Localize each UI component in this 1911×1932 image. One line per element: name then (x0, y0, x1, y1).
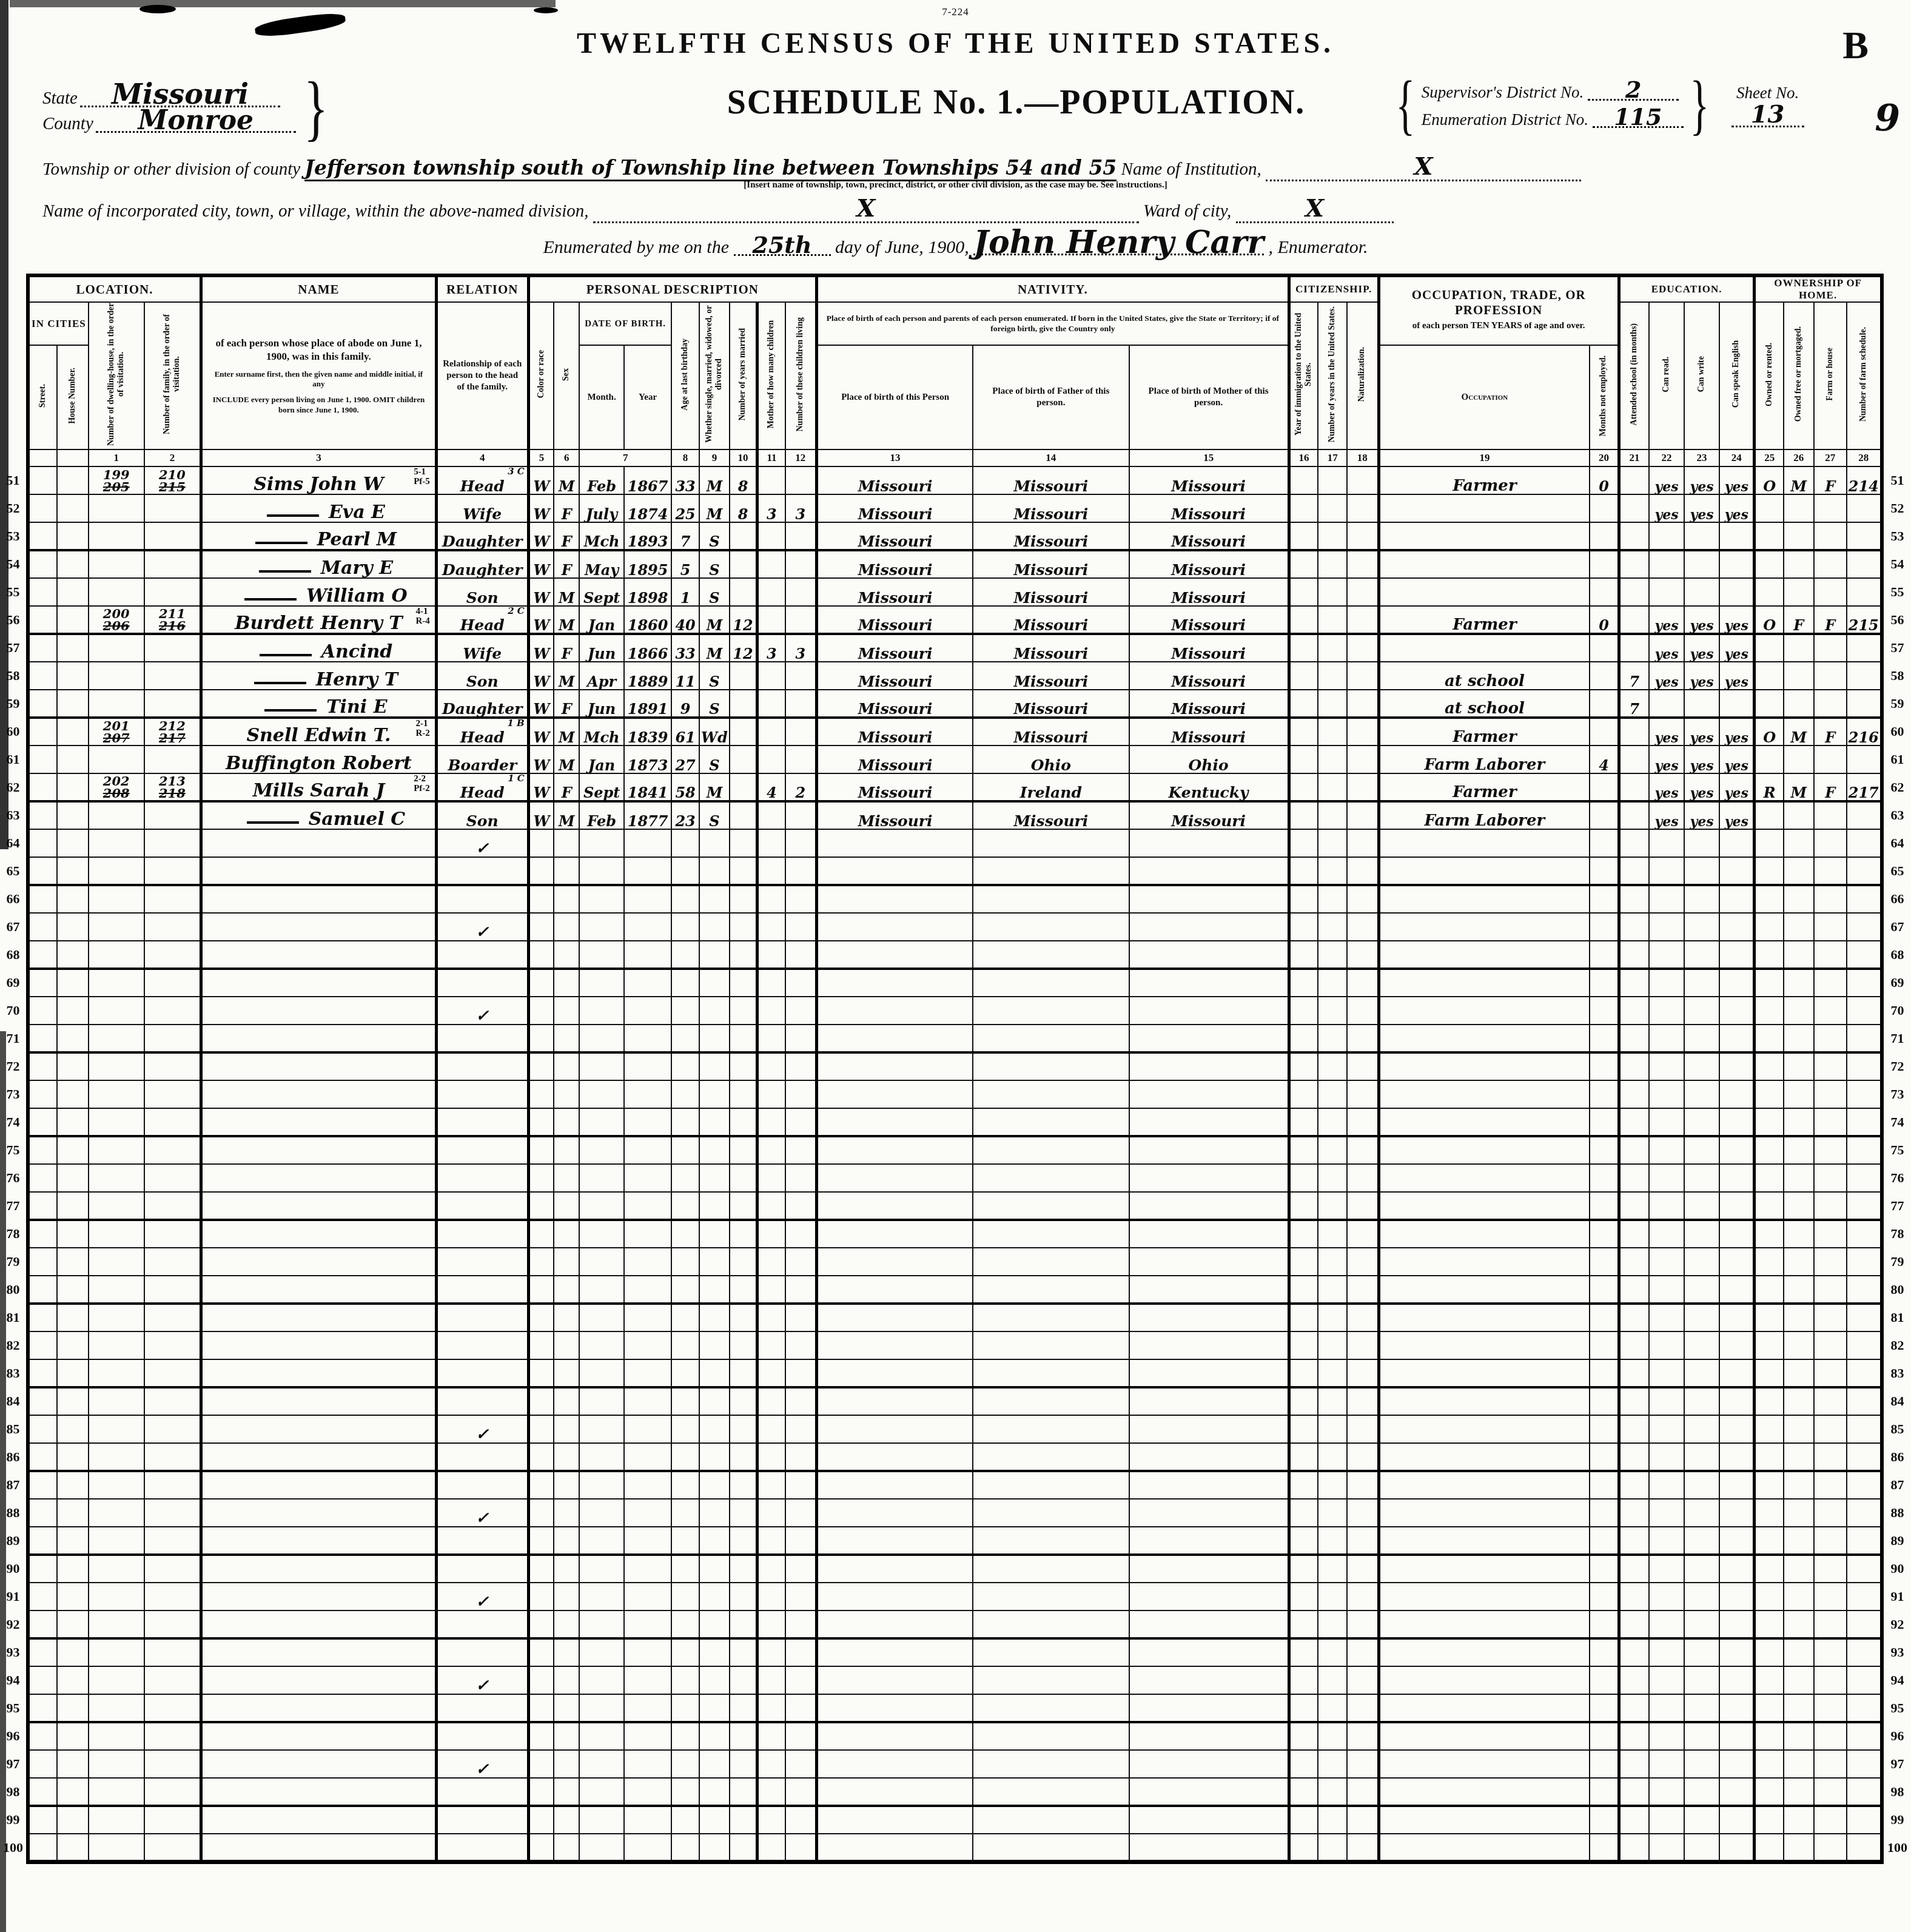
cell-color-race (528, 1331, 554, 1359)
cell-can-write: yes (1684, 746, 1719, 773)
cell-pob-father (973, 1248, 1129, 1276)
cell-years-in-us (1318, 606, 1347, 634)
cell-relation: Boarder (436, 746, 528, 773)
cell-children-living (785, 857, 817, 885)
cell-months-not-employed (1590, 578, 1619, 606)
cell-owned-free-mortgaged (1784, 1778, 1814, 1806)
schedule-row: 9696 (0, 1722, 1911, 1750)
schedule-row: 7777 (0, 1192, 1911, 1220)
cell-owned-free-mortgaged (1784, 1638, 1814, 1666)
schedule-row: 54Mary EDaughterWFMay18955SMissouriMisso… (0, 550, 1911, 578)
cell-age: 33 (671, 466, 699, 494)
cell-birth-year (624, 1387, 671, 1415)
cell-months-not-employed (1590, 1108, 1619, 1136)
cell-can-read (1649, 1666, 1684, 1694)
cell-farm-schedule (1847, 494, 1882, 522)
cell-street (28, 1359, 57, 1387)
cell-farm-or-house (1814, 522, 1847, 550)
cell-mother-of-children (757, 1415, 785, 1443)
cell-months-not-employed (1590, 857, 1619, 885)
cell-age (671, 1331, 699, 1359)
cell-years-in-us (1318, 1750, 1347, 1778)
cell-dwelling-number (89, 662, 144, 690)
cell-months-not-employed (1590, 1052, 1619, 1080)
cell-house-number (57, 1834, 89, 1862)
cell-months-not-employed (1590, 1499, 1619, 1527)
cell-family-number (144, 1359, 201, 1387)
cell-can-read: yes (1649, 606, 1684, 634)
cell-relation (436, 1387, 528, 1415)
cell-sex (554, 1108, 579, 1136)
cell-relation (436, 885, 528, 913)
cell-can-read: yes (1649, 773, 1684, 801)
cell-occupation (1379, 1220, 1590, 1248)
cell-occupation: at school (1379, 690, 1590, 718)
cell-owned-rented (1755, 1331, 1784, 1359)
cell-naturalization (1347, 1750, 1379, 1778)
cell-farm-or-house (1814, 1052, 1847, 1080)
cell-children-living (785, 913, 817, 941)
cell-name (201, 941, 437, 969)
cell-years-in-us (1318, 1471, 1347, 1499)
cell-relation (436, 1025, 528, 1052)
cell-can-write (1684, 1443, 1719, 1471)
cell-speak-english (1719, 1611, 1755, 1638)
cell-years-in-us (1318, 1331, 1347, 1359)
cell-dwelling-number (89, 1471, 144, 1499)
cell-children-living (785, 1387, 817, 1415)
cell-age (671, 1248, 699, 1276)
line-number-right: 99 (1882, 1806, 1911, 1834)
schedule-row: 53Pearl MDaughterWFMch18937SMissouriMiss… (0, 522, 1911, 550)
cell-years-married (730, 690, 757, 718)
cell-farm-schedule (1847, 1806, 1882, 1834)
cell-birth-month (579, 1638, 624, 1666)
cell-dwelling-number (89, 522, 144, 550)
cell-can-read (1649, 1499, 1684, 1527)
schedule-row: 59Tini EDaughterWFJun18919SMissouriMisso… (0, 690, 1911, 718)
cell-months-not-employed (1590, 1638, 1619, 1666)
cell-immigration-year (1289, 662, 1318, 690)
cell-naturalization (1347, 1443, 1379, 1471)
cell-owned-rented (1755, 1722, 1784, 1750)
cell-street (28, 1666, 57, 1694)
cell-pob-father (973, 1052, 1129, 1080)
cell-occupation (1379, 1834, 1590, 1862)
ward-value: X (1305, 194, 1324, 223)
cell-relation (436, 1080, 528, 1108)
cell-children-living (785, 662, 817, 690)
col-header-birth-month: Month. (579, 345, 624, 449)
cell-sex: M (554, 662, 579, 690)
col-header-can-read: Can read. (1649, 302, 1684, 449)
cell-children-living (785, 1136, 817, 1164)
cell-sex (554, 1638, 579, 1666)
line-number-right: 57 (1882, 634, 1911, 662)
cell-sex (554, 1331, 579, 1359)
cell-street (28, 1108, 57, 1136)
cell-months-not-employed (1590, 997, 1619, 1025)
cell-owned-free-mortgaged (1784, 1666, 1814, 1694)
cell-occupation: Farmer (1379, 466, 1590, 494)
cell-owned-rented (1755, 634, 1784, 662)
cell-attended-school (1619, 1304, 1649, 1331)
cell-attended-school (1619, 1415, 1649, 1443)
cell-children-living (785, 1694, 817, 1722)
cell-pob-mother (1129, 941, 1289, 969)
col-header-name-desc: of each person whose place of abode on J… (201, 302, 437, 449)
cell-family-number (144, 1108, 201, 1136)
cell-speak-english: yes (1719, 634, 1755, 662)
cell-relation (436, 1220, 528, 1248)
cell-house-number (57, 1331, 89, 1359)
cell-birth-month (579, 969, 624, 997)
group-occupation: OCCUPATION, TRADE, OR PROFESSION of each… (1379, 275, 1619, 345)
cell-children-living (785, 1499, 817, 1527)
cell-farm-schedule (1847, 913, 1882, 941)
cell-name: Sims John W5-1Pf-5 (201, 466, 437, 494)
col-header-speak-english: Can speak English (1719, 302, 1755, 449)
cell-months-not-employed (1590, 969, 1619, 997)
cell-name (201, 1694, 437, 1722)
cell-children-living (785, 997, 817, 1025)
sheet-number-value: 13 (1731, 104, 1804, 127)
cell-years-married (730, 801, 757, 829)
cell-attended-school (1619, 1583, 1649, 1611)
col-num: 12 (785, 449, 817, 466)
cell-sex: F (554, 690, 579, 718)
cell-birth-month: Mch (579, 522, 624, 550)
cell-immigration-year (1289, 1666, 1318, 1694)
cell-marital-status (699, 1164, 730, 1192)
cell-marital-status (699, 1694, 730, 1722)
cell-owned-rented (1755, 746, 1784, 773)
cell-family-number (144, 1080, 201, 1108)
institution-value: X (1414, 152, 1433, 181)
cell-birth-month: Feb (579, 801, 624, 829)
cell-birth-year (624, 1778, 671, 1806)
cell-birth-month (579, 1611, 624, 1638)
cell-speak-english (1719, 1722, 1755, 1750)
col-header-age: Age at last birthday (671, 302, 699, 449)
cell-can-write: yes (1684, 718, 1719, 746)
schedule-row: 64✓64 (0, 829, 1911, 857)
line-number-right: 62 (1882, 773, 1911, 801)
cell-dwelling-number (89, 1638, 144, 1666)
schedule-row: 9292 (0, 1611, 1911, 1638)
schedule-row: 8989 (0, 1527, 1911, 1555)
cell-age: 58 (671, 773, 699, 801)
cell-pob-father: Missouri (973, 494, 1129, 522)
cell-can-read (1649, 1136, 1684, 1164)
supervisor-district-label: Supervisor's District No. (1422, 83, 1584, 101)
cell-pob-mother (1129, 1527, 1289, 1555)
cell-name (201, 1722, 437, 1750)
cell-years-in-us (1318, 997, 1347, 1025)
cell-speak-english (1719, 1638, 1755, 1666)
cell-birth-month (579, 829, 624, 857)
col-header-sex: Sex (554, 302, 579, 449)
cell-can-read (1649, 1248, 1684, 1276)
cell-months-not-employed (1590, 550, 1619, 578)
cell-farm-schedule (1847, 1164, 1882, 1192)
cell-relation: Wife (436, 494, 528, 522)
cell-farm-schedule (1847, 1555, 1882, 1583)
line-number-right: 54 (1882, 550, 1911, 578)
cell-relation (436, 1778, 528, 1806)
cell-sex (554, 1527, 579, 1555)
cell-name (201, 1331, 437, 1359)
cell-dwelling-number (89, 1304, 144, 1331)
cell-owned-free-mortgaged (1784, 969, 1814, 997)
cell-speak-english (1719, 690, 1755, 718)
cell-pob-mother (1129, 1192, 1289, 1220)
cell-owned-rented (1755, 1276, 1784, 1304)
cell-children-living (785, 1666, 817, 1694)
cell-can-read: yes (1649, 662, 1684, 690)
cell-owned-rented (1755, 1192, 1784, 1220)
cell-immigration-year (1289, 1834, 1318, 1862)
cell-months-not-employed (1590, 1778, 1619, 1806)
cell-owned-free-mortgaged: M (1784, 773, 1814, 801)
brace: } (303, 66, 327, 150)
cell-occupation: at school (1379, 662, 1590, 690)
cell-can-read (1649, 1583, 1684, 1611)
cell-attended-school (1619, 1611, 1649, 1638)
cell-age: 1 (671, 578, 699, 606)
cell-owned-free-mortgaged: M (1784, 466, 1814, 494)
cell-pob-mother (1129, 1136, 1289, 1164)
cell-street (28, 1611, 57, 1638)
cell-name (201, 1192, 437, 1220)
cell-name (201, 1052, 437, 1080)
cell-owned-free-mortgaged (1784, 1192, 1814, 1220)
cell-can-write (1684, 1415, 1719, 1443)
cell-months-not-employed (1590, 801, 1619, 829)
cell-name (201, 829, 437, 857)
cell-months-not-employed (1590, 522, 1619, 550)
cell-can-read (1649, 1443, 1684, 1471)
cell-owned-rented (1755, 1304, 1784, 1331)
cell-owned-free-mortgaged (1784, 913, 1814, 941)
cell-marital-status (699, 1834, 730, 1862)
cell-can-write (1684, 1527, 1719, 1555)
cell-can-read: yes (1649, 634, 1684, 662)
cell-birth-month (579, 1555, 624, 1583)
cell-farm-or-house (1814, 1694, 1847, 1722)
cell-can-write (1684, 1359, 1719, 1387)
cell-sex: F (554, 550, 579, 578)
cell-owned-rented (1755, 1834, 1784, 1862)
enumerated-mid: day of June, 1900, (835, 237, 969, 257)
cell-pob-person (817, 1834, 973, 1862)
cell-can-read (1649, 885, 1684, 913)
cell-pob-mother (1129, 1834, 1289, 1862)
cell-pob-father (973, 1611, 1129, 1638)
cell-relation (436, 1304, 528, 1331)
schedule-row: 94✓94 (0, 1666, 1911, 1694)
cell-relation (436, 1806, 528, 1834)
cell-dwelling-number (89, 578, 144, 606)
cell-age: 11 (671, 662, 699, 690)
cell-occupation (1379, 941, 1590, 969)
cell-pob-person: Missouri (817, 494, 973, 522)
cell-color-race: W (528, 662, 554, 690)
cell-relation: 3 CHead (436, 466, 528, 494)
cell-street (28, 1164, 57, 1192)
cell-years-in-us (1318, 1192, 1347, 1220)
cell-mother-of-children (757, 1136, 785, 1164)
cell-marital-status (699, 1443, 730, 1471)
cell-immigration-year (1289, 1638, 1318, 1666)
cell-birth-month (579, 1443, 624, 1471)
cell-pob-person: Missouri (817, 801, 973, 829)
cell-naturalization (1347, 1806, 1379, 1834)
cell-years-in-us (1318, 662, 1347, 690)
cell-immigration-year (1289, 857, 1318, 885)
cell-birth-year (624, 1136, 671, 1164)
col-header-farm-schedule: Number of farm schedule. (1847, 302, 1882, 449)
cell-speak-english: yes (1719, 466, 1755, 494)
cell-house-number (57, 941, 89, 969)
cell-birth-year (624, 997, 671, 1025)
schedule-row: 9393 (0, 1638, 1911, 1666)
cell-pob-mother (1129, 1108, 1289, 1136)
cell-pob-mother (1129, 1331, 1289, 1359)
cell-naturalization (1347, 718, 1379, 746)
cell-years-married (730, 1025, 757, 1052)
ward-label: Ward of city, (1143, 201, 1231, 221)
cell-color-race (528, 1499, 554, 1527)
cell-mother-of-children (757, 1666, 785, 1694)
cell-sex (554, 1052, 579, 1080)
cell-sex (554, 857, 579, 885)
cell-attended-school (1619, 773, 1649, 801)
cell-mother-of-children (757, 746, 785, 773)
cell-relation: ✓ (436, 1666, 528, 1694)
cell-farm-schedule (1847, 1778, 1882, 1806)
scan-artifact (0, 1031, 6, 1932)
cell-dwelling-number: 199205 (89, 466, 144, 494)
cell-birth-year (624, 1694, 671, 1722)
cell-can-read (1649, 1052, 1684, 1080)
cell-attended-school (1619, 829, 1649, 857)
cell-mother-of-children: 3 (757, 634, 785, 662)
cell-farm-or-house (1814, 941, 1847, 969)
cell-children-living (785, 1471, 817, 1499)
cell-owned-free-mortgaged (1784, 941, 1814, 969)
cell-occupation (1379, 1387, 1590, 1415)
cell-street (28, 1248, 57, 1276)
cell-street (28, 1192, 57, 1220)
cell-can-read (1649, 969, 1684, 997)
line-number-right: 94 (1882, 1666, 1911, 1694)
cell-naturalization (1347, 997, 1379, 1025)
cell-months-not-employed (1590, 1443, 1619, 1471)
cell-months-not-employed (1590, 1750, 1619, 1778)
cell-years-in-us (1318, 1778, 1347, 1806)
cell-can-write (1684, 1108, 1719, 1136)
cell-house-number (57, 718, 89, 746)
cell-age (671, 1834, 699, 1862)
cell-occupation (1379, 522, 1590, 550)
cell-owned-free-mortgaged (1784, 1694, 1814, 1722)
cell-years-in-us (1318, 969, 1347, 997)
cell-marital-status (699, 1583, 730, 1611)
cell-pob-person (817, 1750, 973, 1778)
cell-can-write (1684, 1248, 1719, 1276)
cell-birth-month (579, 1778, 624, 1806)
line-number-right: 78 (1882, 1220, 1911, 1248)
cell-name: William O (201, 578, 437, 606)
cell-mother-of-children (757, 1527, 785, 1555)
cell-can-read (1649, 857, 1684, 885)
group-nativity: NATIVITY. (817, 275, 1289, 302)
cell-naturalization (1347, 1527, 1379, 1555)
cell-family-number (144, 1052, 201, 1080)
cell-pob-person (817, 913, 973, 941)
cell-children-living (785, 829, 817, 857)
cell-relation: 1 CHead (436, 773, 528, 801)
cell-immigration-year (1289, 1025, 1318, 1052)
cell-farm-or-house: F (1814, 718, 1847, 746)
cell-street (28, 913, 57, 941)
cell-farm-or-house (1814, 1080, 1847, 1108)
cell-immigration-year (1289, 1415, 1318, 1443)
cell-family-number: 210215 (144, 466, 201, 494)
cell-family-number (144, 969, 201, 997)
cell-occupation (1379, 1666, 1590, 1694)
cell-occupation (1379, 1052, 1590, 1080)
cell-can-write: yes (1684, 634, 1719, 662)
schedule-row: 6565 (0, 857, 1911, 885)
cell-farm-schedule (1847, 1304, 1882, 1331)
cell-owned-free-mortgaged (1784, 1164, 1814, 1192)
cell-months-not-employed (1590, 690, 1619, 718)
cell-pob-father (973, 1164, 1129, 1192)
schedule-row: 7474 (0, 1108, 1911, 1136)
cell-years-in-us (1318, 1164, 1347, 1192)
cell-relation: ✓ (436, 1499, 528, 1527)
cell-sex (554, 1359, 579, 1387)
cell-farm-or-house (1814, 1108, 1847, 1136)
schedule-row: 8787 (0, 1471, 1911, 1499)
cell-mother-of-children (757, 1611, 785, 1638)
schedule-row: 8080 (0, 1276, 1911, 1304)
cell-color-race (528, 1750, 554, 1778)
scan-artifact (534, 7, 558, 13)
cell-owned-free-mortgaged (1784, 1611, 1814, 1638)
cell-farm-schedule (1847, 801, 1882, 829)
cell-attended-school (1619, 1527, 1649, 1555)
cell-name (201, 1080, 437, 1108)
cell-owned-free-mortgaged (1784, 885, 1814, 913)
cell-birth-year (624, 1108, 671, 1136)
col-num: 21 (1619, 449, 1649, 466)
cell-owned-free-mortgaged (1784, 1220, 1814, 1248)
cell-name (201, 1108, 437, 1136)
cell-immigration-year (1289, 634, 1318, 662)
cell-family-number: 211216 (144, 606, 201, 634)
cell-farm-schedule (1847, 885, 1882, 913)
schedule-row: 8181 (0, 1304, 1911, 1331)
cell-birth-month: Apr (579, 662, 624, 690)
cell-immigration-year (1289, 1387, 1318, 1415)
cell-farm-or-house (1814, 1304, 1847, 1331)
cell-farm-or-house (1814, 1834, 1847, 1862)
cell-pob-father (973, 1722, 1129, 1750)
cell-color-race (528, 1806, 554, 1834)
